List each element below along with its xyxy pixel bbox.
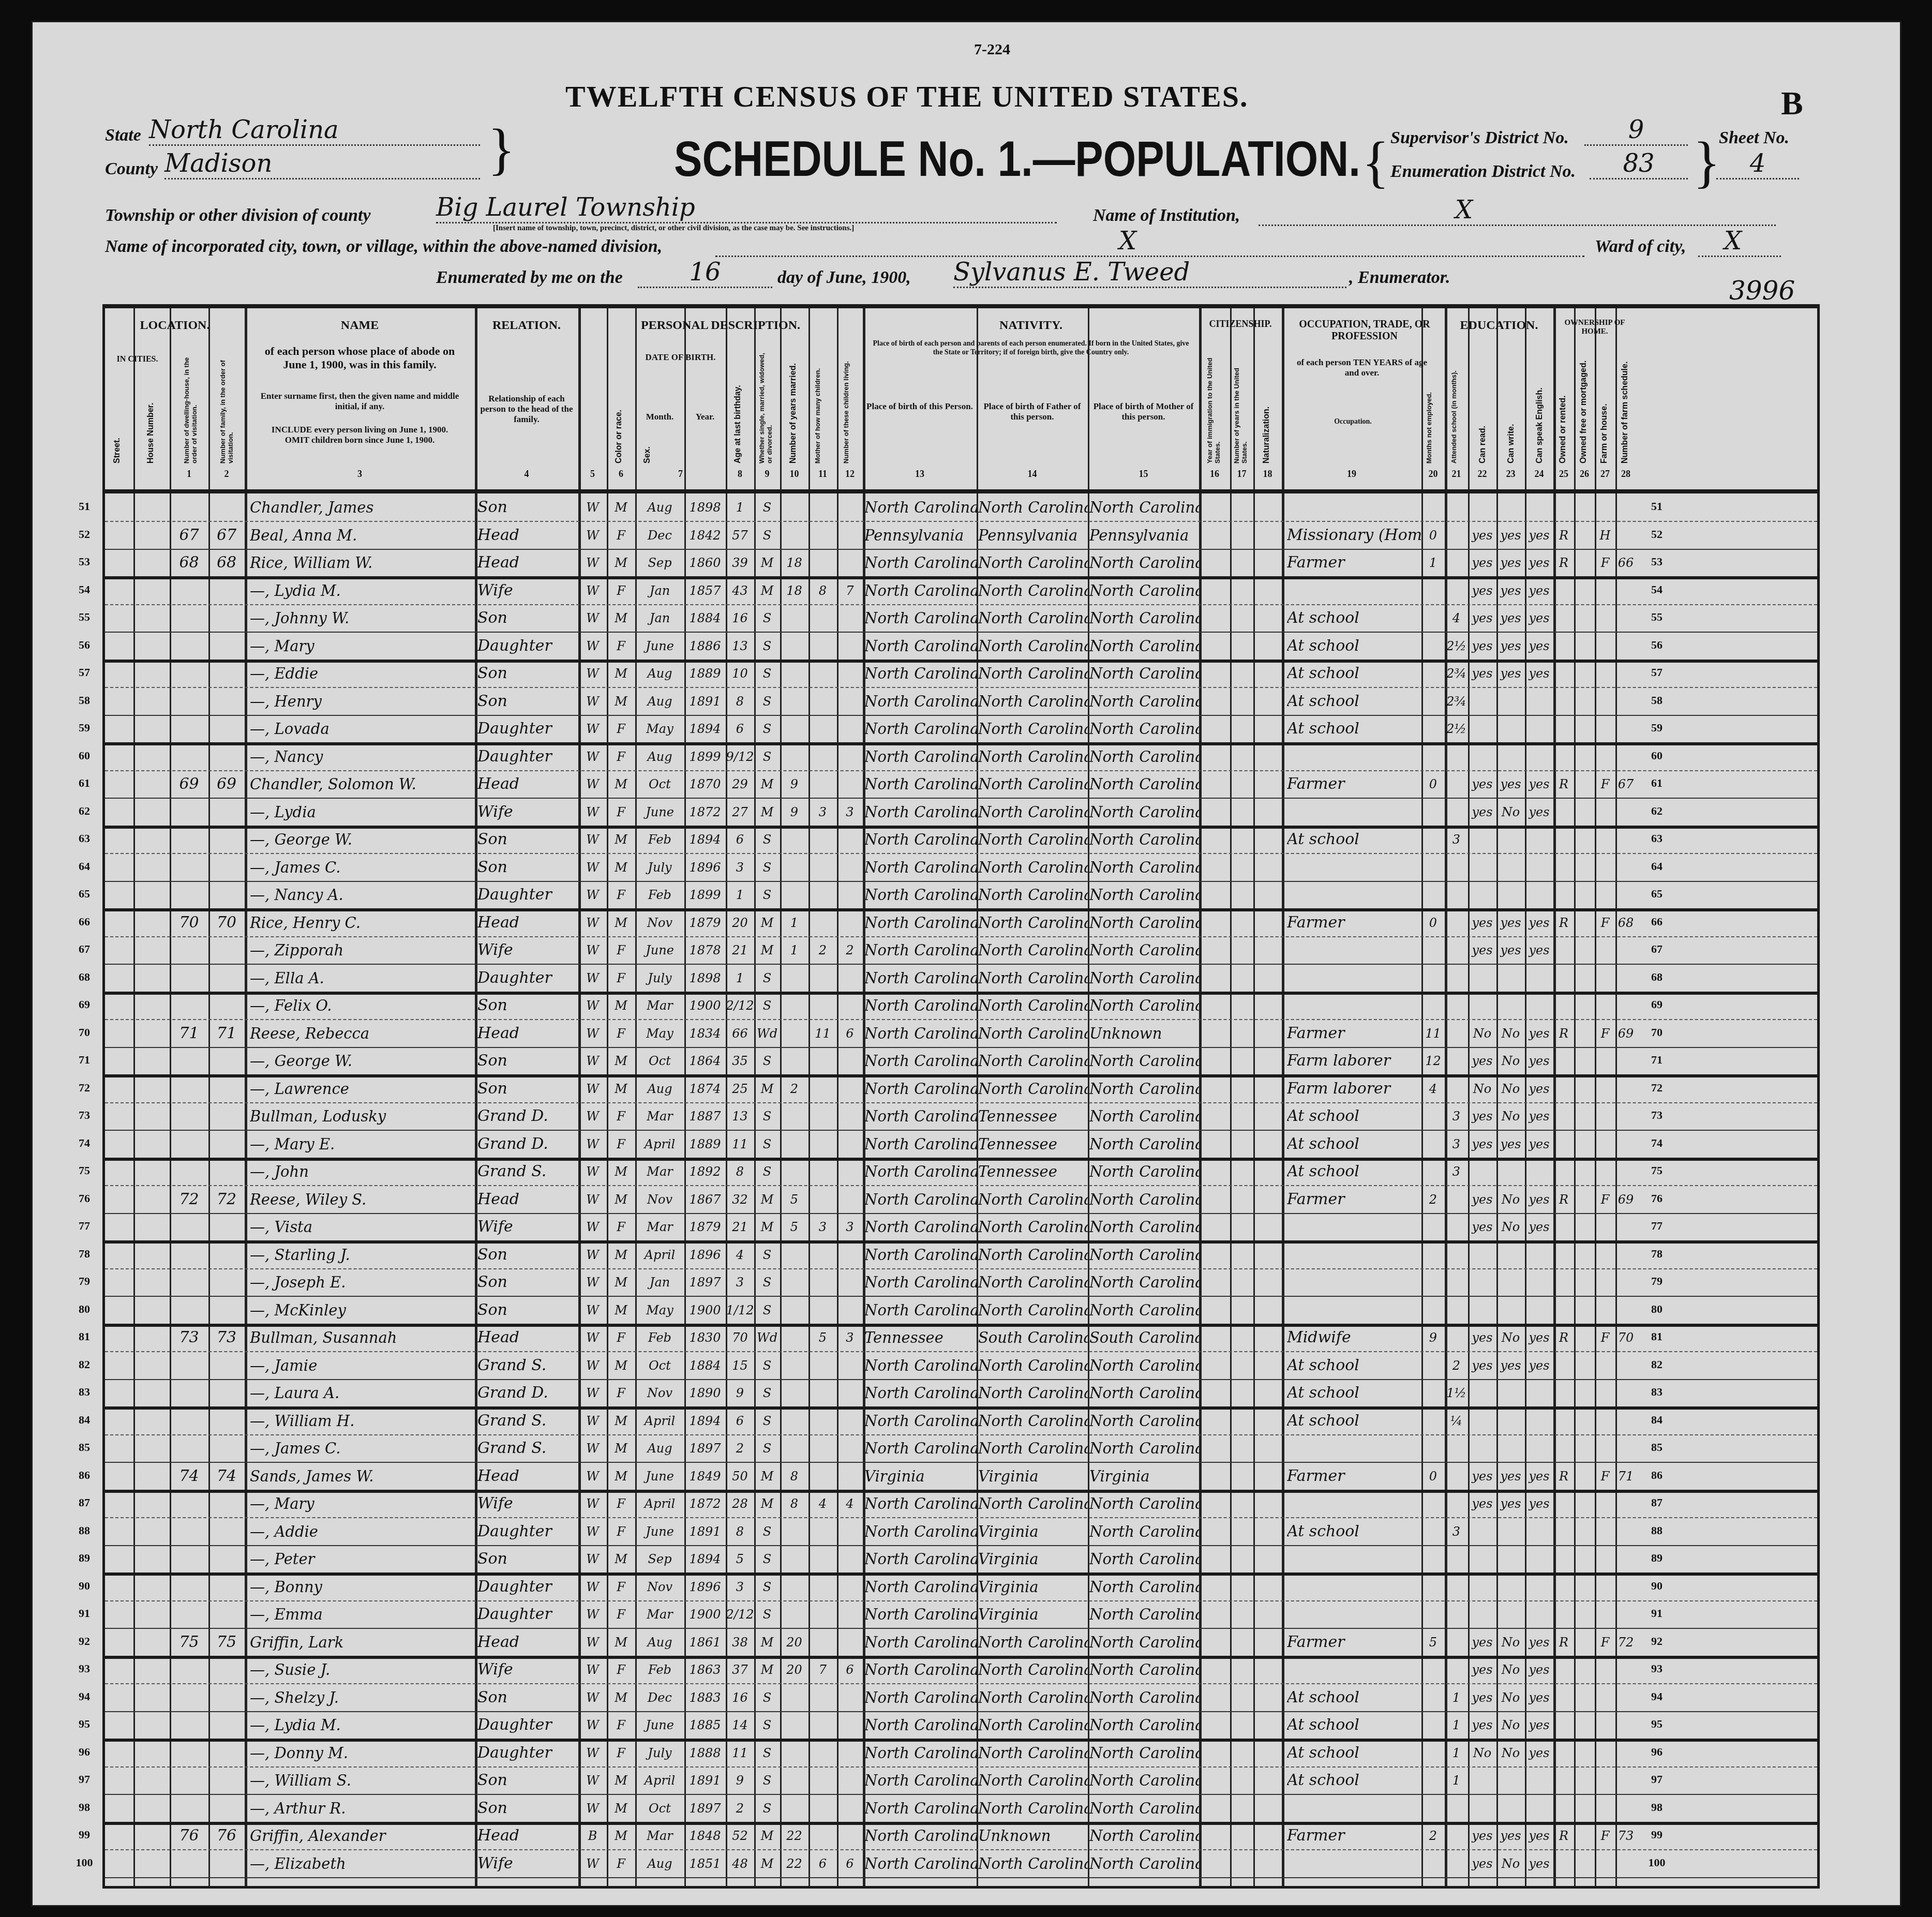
person-name-cell: Griffin, Lark — [250, 1630, 475, 1654]
birthplace-person-cell: North Carolina — [864, 1354, 977, 1377]
table-row: 8080—, McKinleySonWMMay19001/12SNorth Ca… — [105, 1296, 1817, 1327]
can-read-cell — [1468, 883, 1496, 907]
farm-or-house-cell: F — [1595, 1630, 1615, 1654]
birthplace-person-cell: North Carolina — [864, 690, 977, 713]
line-number-right: 95 — [1644, 1717, 1670, 1731]
age-cell: 14 — [726, 1713, 754, 1737]
mother-of-children-cell — [808, 883, 837, 907]
relation-cell: Head — [477, 1188, 578, 1211]
table-row: 8585—, James C.Grand S.WMAug18972SNorth … — [105, 1434, 1817, 1463]
birthplace-person-cell: North Carolina — [864, 496, 977, 519]
color-cell: W — [578, 1603, 607, 1626]
age-cell: 8 — [726, 1520, 754, 1544]
mother-of-children-cell — [808, 1270, 837, 1294]
children-living-cell: 4 — [837, 1492, 863, 1516]
can-speak-english-cell — [1525, 1796, 1553, 1820]
can-speak-english-cell: yes — [1525, 1686, 1553, 1710]
dwelling-number-cell — [170, 1132, 208, 1156]
table-row: 5959—, LovadaDaughterWFMay18946SNorth Ca… — [105, 715, 1817, 745]
months-not-employed-cell — [1421, 1409, 1445, 1433]
in-cities-heading: IN CITIES. — [105, 355, 170, 364]
can-read-cell: yes — [1468, 938, 1496, 962]
children-living-cell — [837, 745, 863, 769]
marital-status-cell: S — [754, 717, 780, 741]
owned-or-rented-cell — [1553, 606, 1574, 630]
can-read-cell — [1468, 1575, 1496, 1599]
table-row: 6060—, NancyDaughterWFAug18999/12SNorth … — [105, 743, 1817, 771]
children-living-cell — [837, 1547, 863, 1571]
dwelling-number-cell: 68 — [170, 551, 208, 575]
line-number-right: 67 — [1644, 942, 1670, 956]
can-read-cell — [1468, 1769, 1496, 1792]
free-or-mortgaged-cell — [1574, 606, 1595, 630]
line-number-right: 78 — [1644, 1247, 1670, 1261]
years-married-cell — [780, 634, 808, 658]
birthplace-father-cell: North Carolina — [978, 966, 1088, 990]
birthplace-father-cell: North Carolina — [978, 606, 1088, 630]
colnum-12: 12 — [837, 469, 863, 480]
township-field[interactable]: Big Laurel Township — [436, 193, 1057, 223]
birthplace-person-cell: North Carolina — [864, 911, 977, 935]
can-speak-english-heading: Can speak English. — [1535, 376, 1545, 463]
person-name-cell: —, Eddie — [250, 662, 475, 685]
person-name-cell: —, Emma — [250, 1603, 475, 1626]
birthplace-father-cell: Virginia — [978, 1547, 1088, 1571]
age-cell: 1 — [726, 966, 754, 990]
can-write-cell: yes — [1496, 1354, 1525, 1377]
can-speak-english-cell: yes — [1525, 911, 1553, 935]
birth-month-cell: Nov — [635, 1575, 684, 1599]
institution-field[interactable]: X — [1259, 196, 1776, 226]
months-not-employed-cell — [1421, 828, 1445, 851]
line-number-right: 59 — [1644, 721, 1670, 735]
relation-cell: Grand S. — [477, 1409, 578, 1433]
line-number-left: 73 — [71, 1109, 97, 1122]
mother-of-children-cell — [808, 1436, 837, 1460]
months-not-employed-cell — [1421, 1104, 1445, 1128]
line-number-right: 53 — [1644, 555, 1670, 568]
marital-status-cell: M — [754, 1630, 780, 1654]
birthplace-mother-cell: North Carolina — [1089, 966, 1199, 990]
sex-cell: M — [607, 1796, 635, 1820]
mother-of-children-cell — [808, 1741, 837, 1765]
sex-cell: M — [607, 911, 635, 935]
free-or-mortgaged-cell — [1574, 1658, 1595, 1682]
months-not-employed-cell — [1421, 1796, 1445, 1820]
attended-school-cell: 2½ — [1445, 634, 1468, 658]
person-name-cell: —, Bonny — [250, 1575, 475, 1599]
state-field[interactable]: North Carolina — [149, 115, 480, 146]
line-number-right: 96 — [1644, 1745, 1670, 1759]
marital-status-cell: M — [754, 1658, 780, 1682]
birthplace-mother-cell: North Carolina — [1089, 1824, 1199, 1848]
months-not-employed-cell: 4 — [1421, 1077, 1445, 1101]
line-number-left: 100 — [71, 1856, 97, 1869]
attended-school-cell — [1445, 551, 1468, 575]
owned-or-rented-cell — [1553, 800, 1574, 824]
age-cell: 15 — [726, 1354, 754, 1377]
relation-cell: Son — [477, 1769, 578, 1792]
person-name-cell: —, Starling J. — [250, 1243, 475, 1267]
birthplace-father-cell: North Carolina — [978, 1796, 1088, 1820]
marital-heading: Whether single, married, widowed, or div… — [758, 350, 778, 463]
relation-cell: Daughter — [477, 717, 578, 741]
marital-status-cell: S — [754, 1381, 780, 1405]
years-married-cell: 18 — [780, 579, 808, 603]
birthplace-father-cell: North Carolina — [978, 717, 1088, 741]
can-speak-english-cell — [1525, 1547, 1553, 1571]
dwelling-number-cell — [170, 662, 208, 685]
months-not-employed-cell — [1421, 1492, 1445, 1516]
birth-month-cell: Mar — [635, 994, 684, 1017]
occupation-description: of each person TEN YEARS of age and over… — [1290, 357, 1434, 378]
line-number-left: 89 — [71, 1551, 97, 1565]
sex-cell: M — [607, 1160, 635, 1184]
children-living-cell — [837, 856, 863, 879]
color-cell: W — [578, 1547, 607, 1571]
can-read-cell: No — [1468, 1077, 1496, 1101]
color-cell: W — [578, 856, 607, 879]
farm-or-house-cell — [1595, 1298, 1615, 1322]
children-living-cell — [837, 662, 863, 685]
farm-or-house-cell — [1595, 994, 1615, 1017]
birthplace-mother-cell: North Carolina — [1089, 772, 1199, 796]
mother-of-children-cell — [808, 1354, 837, 1377]
months-not-employed-cell: 0 — [1421, 772, 1445, 796]
color-cell: W — [578, 551, 607, 575]
population-table: LOCATION. IN CITIES. Street. House Numbe… — [102, 304, 1820, 1889]
birthplace-person-heading: Place of birth of this Person. — [865, 401, 974, 412]
attended-school-cell: 1 — [1445, 1741, 1468, 1765]
birth-month-cell: May — [635, 1022, 684, 1045]
marital-status-cell: M — [754, 1188, 780, 1211]
dwelling-number-cell — [170, 579, 208, 603]
family-number-cell — [208, 662, 245, 685]
farm-schedule-number-cell: 67 — [1615, 772, 1636, 796]
birthplace-father-cell: North Carolina — [978, 579, 1088, 603]
age-cell: 43 — [726, 579, 754, 603]
children-living-cell — [837, 772, 863, 796]
marital-status-cell: S — [754, 690, 780, 713]
dwelling-number-cell: 71 — [170, 1022, 208, 1045]
colnum-24: 24 — [1525, 469, 1553, 480]
can-read-cell: yes — [1468, 911, 1496, 935]
age-cell: 16 — [726, 1686, 754, 1710]
farm-or-house-cell: F — [1595, 911, 1615, 935]
line-number-right: 69 — [1644, 998, 1670, 1011]
months-not-employed-cell — [1421, 1520, 1445, 1544]
line-number-right: 56 — [1644, 638, 1670, 652]
can-read-cell: yes — [1468, 579, 1496, 603]
owned-or-rented-cell — [1553, 1769, 1574, 1792]
years-married-cell: 18 — [780, 551, 808, 575]
line-number-left: 81 — [71, 1330, 97, 1343]
person-name-cell: —, Jamie — [250, 1354, 475, 1377]
family-number-cell — [208, 717, 245, 741]
mother-of-children-cell — [808, 496, 837, 519]
person-name-cell: —, Mary E. — [250, 1132, 475, 1156]
farm-schedule-number-cell — [1615, 1547, 1636, 1571]
line-number-left: 76 — [71, 1192, 97, 1205]
owned-or-rented-cell — [1553, 1852, 1574, 1876]
relation-cell: Wife — [477, 938, 578, 962]
farm-schedule-number-cell — [1615, 1215, 1636, 1239]
can-speak-english-cell — [1525, 883, 1553, 907]
age-cell: 11 — [726, 1741, 754, 1765]
enumerated-day-field[interactable]: 16 — [638, 258, 772, 288]
children-living-cell — [837, 1603, 863, 1626]
birth-year-cell: 1830 — [684, 1326, 726, 1350]
birthplace-person-cell: North Carolina — [864, 662, 977, 685]
table-row: 9595—, Lydia M.DaughterWFJune188514SNort… — [105, 1711, 1817, 1742]
birthplace-mother-cell: North Carolina — [1089, 1132, 1199, 1156]
can-speak-english-cell — [1525, 1769, 1553, 1792]
can-write-cell — [1496, 828, 1525, 851]
line-number-left: 60 — [71, 749, 97, 762]
birthplace-mother-cell: North Carolina — [1089, 1492, 1199, 1516]
line-number-left: 91 — [71, 1607, 97, 1620]
mother-of-children-cell: 7 — [808, 1658, 837, 1682]
months-not-employed-cell — [1421, 634, 1445, 658]
relation-cell: Grand S. — [477, 1354, 578, 1377]
line-number-left: 86 — [71, 1469, 97, 1482]
birth-year-cell: 1874 — [684, 1077, 726, 1101]
farm-or-house-cell: F — [1595, 1188, 1615, 1211]
birthplace-mother-cell: North Carolina — [1089, 717, 1199, 741]
line-number-left: 59 — [71, 721, 97, 735]
dwelling-number-cell — [170, 717, 208, 741]
farm-schedule-number-cell — [1615, 994, 1636, 1017]
person-name-cell: —, Felix O. — [250, 994, 475, 1017]
family-number-cell — [208, 994, 245, 1017]
colnum-6: 6 — [607, 469, 635, 480]
owned-or-rented-cell — [1553, 1077, 1574, 1101]
sheet-number-field[interactable]: 4 — [1716, 149, 1799, 179]
birthplace-person-cell: North Carolina — [864, 1160, 977, 1184]
years-married-cell — [780, 1160, 808, 1184]
free-or-mortgaged-cell — [1574, 745, 1595, 769]
family-number-cell — [208, 606, 245, 630]
line-number-right: 76 — [1644, 1192, 1670, 1205]
free-or-mortgaged-cell — [1574, 1436, 1595, 1460]
attended-school-cell: 1½ — [1445, 1381, 1468, 1405]
months-not-employed-cell: 5 — [1421, 1630, 1445, 1654]
can-write-cell — [1496, 496, 1525, 519]
owned-or-rented-cell: R — [1553, 1630, 1574, 1654]
color-cell: W — [578, 938, 607, 962]
age-cell: 3 — [726, 856, 754, 879]
sex-cell: F — [607, 634, 635, 658]
colnum-18: 18 — [1253, 469, 1282, 480]
sex-cell: F — [607, 800, 635, 824]
city-field[interactable]: X — [715, 227, 1584, 257]
years-married-cell — [780, 1686, 808, 1710]
sex-cell: M — [607, 1243, 635, 1267]
sex-cell: M — [607, 1436, 635, 1460]
line-number-left: 66 — [71, 915, 97, 928]
line-number-right: 88 — [1644, 1524, 1670, 1537]
birth-year-cell: 1879 — [684, 1215, 726, 1239]
dwelling-number-cell — [170, 1769, 208, 1792]
line-number-left: 94 — [71, 1690, 97, 1703]
birthplace-mother-cell: Unknown — [1089, 1022, 1199, 1045]
mother-of-children-cell — [808, 772, 837, 796]
birthplace-mother-cell: Virginia — [1089, 1464, 1199, 1488]
relation-cell: Grand S. — [477, 1160, 578, 1184]
personal-description-heading: PERSONAL DESCRIPTION. — [578, 319, 863, 333]
free-or-mortgaged-cell — [1574, 1630, 1595, 1654]
free-or-mortgaged-cell — [1574, 1464, 1595, 1488]
years-married-cell — [780, 1436, 808, 1460]
marital-status-cell: S — [754, 745, 780, 769]
dwelling-number-cell — [170, 828, 208, 851]
can-read-cell — [1468, 1547, 1496, 1571]
can-write-cell: No — [1496, 1022, 1525, 1045]
color-cell: W — [578, 662, 607, 685]
dwelling-number-cell — [170, 1686, 208, 1710]
can-write-cell: No — [1496, 1713, 1525, 1737]
birth-year-cell: 1896 — [684, 1575, 726, 1599]
form-number: 7-224 — [974, 41, 1010, 58]
can-write-cell — [1496, 1160, 1525, 1184]
birthplace-mother-cell: North Carolina — [1089, 1520, 1199, 1544]
dwelling-number-cell — [170, 1160, 208, 1184]
birth-year-cell: 1891 — [684, 690, 726, 713]
free-or-mortgaged-cell — [1574, 1741, 1595, 1765]
dwelling-number-cell — [170, 1796, 208, 1820]
birthplace-father-cell: North Carolina — [978, 1049, 1088, 1073]
education-heading: EDUCATION. — [1445, 319, 1553, 333]
months-not-employed-cell: 0 — [1421, 1464, 1445, 1488]
can-read-cell: yes — [1468, 1188, 1496, 1211]
can-write-cell: No — [1496, 1658, 1525, 1682]
mother-of-children-cell — [808, 606, 837, 630]
attended-school-cell: 2½ — [1445, 717, 1468, 741]
children-living-cell: 6 — [837, 1022, 863, 1045]
farm-schedule-number-cell — [1615, 1354, 1636, 1377]
free-or-mortgaged-cell — [1574, 662, 1595, 685]
dwelling-number-cell — [170, 690, 208, 713]
birth-year-cell: 1884 — [684, 1354, 726, 1377]
dwelling-number-cell: 73 — [170, 1326, 208, 1350]
supervisor-district-field[interactable]: 9 — [1584, 115, 1688, 146]
occupation-cell: At school — [1287, 828, 1421, 851]
name-include-note: INCLUDE every person living on June 1, 1… — [260, 425, 459, 445]
relation-cell: Son — [477, 1298, 578, 1322]
mother-of-children-cell — [808, 523, 837, 547]
age-cell: 70 — [726, 1326, 754, 1350]
birth-year-cell: 1898 — [684, 496, 726, 519]
farm-schedule-number-cell — [1615, 856, 1636, 879]
sex-cell: M — [607, 1409, 635, 1433]
months-not-employed-cell — [1421, 1354, 1445, 1377]
farm-schedule-number-cell — [1615, 1686, 1636, 1710]
enumeration-district-field[interactable]: 83 — [1590, 149, 1688, 179]
person-name-cell: Bullman, Lodusky — [250, 1104, 475, 1128]
months-not-employed-cell — [1421, 800, 1445, 824]
attended-school-cell — [1445, 1547, 1468, 1571]
birth-month-cell: Oct — [635, 772, 684, 796]
farm-schedule-number-cell — [1615, 966, 1636, 990]
farm-or-house-cell — [1595, 828, 1615, 851]
farm-or-house-cell — [1595, 1381, 1615, 1405]
relation-cell: Son — [477, 1270, 578, 1294]
free-or-mortgaged-cell — [1574, 1160, 1595, 1184]
table-row: 76767272Reese, Wiley S.HeadWMNov186732M5… — [105, 1186, 1817, 1214]
occupation-cell: At school — [1287, 1409, 1421, 1433]
years-married-cell — [780, 1741, 808, 1765]
line-number-left: 68 — [71, 970, 97, 984]
children-living-cell — [837, 1243, 863, 1267]
line-number-right: 70 — [1644, 1026, 1670, 1039]
line-number-left: 52 — [71, 528, 97, 541]
birth-year-cell: 1891 — [684, 1769, 726, 1792]
can-speak-english-cell: yes — [1525, 772, 1553, 796]
family-number-cell: 74 — [208, 1464, 245, 1488]
birthplace-father-cell: North Carolina — [978, 745, 1088, 769]
line-number-left: 74 — [71, 1136, 97, 1150]
family-number-cell — [208, 1769, 245, 1792]
farm-schedule-number-cell — [1615, 1575, 1636, 1599]
ward-field[interactable]: X — [1698, 227, 1781, 257]
attended-school-cell — [1445, 1022, 1468, 1045]
free-or-mortgaged-cell — [1574, 1547, 1595, 1571]
birthplace-person-cell: North Carolina — [864, 966, 977, 990]
can-read-cell — [1468, 717, 1496, 741]
birthplace-person-cell: North Carolina — [864, 856, 977, 879]
owned-or-rented-cell — [1553, 1270, 1574, 1294]
birthplace-person-cell: North Carolina — [864, 1824, 977, 1848]
can-write-cell — [1496, 1270, 1525, 1294]
line-number-left: 77 — [71, 1219, 97, 1233]
birthplace-father-cell: North Carolina — [978, 772, 1088, 796]
birth-month-cell: June — [635, 1520, 684, 1544]
birth-month-cell: June — [635, 1713, 684, 1737]
farm-schedule-number-cell — [1615, 1520, 1636, 1544]
attended-school-cell: 3 — [1445, 1520, 1468, 1544]
birth-year-cell: 1889 — [684, 662, 726, 685]
county-field[interactable]: Madison — [164, 149, 480, 179]
enumerator-name-field[interactable]: Sylvanus E. Tweed — [953, 258, 1346, 288]
line-number-right: 65 — [1644, 887, 1670, 901]
can-write-cell — [1496, 1769, 1525, 1792]
mother-of-children-cell — [808, 1104, 837, 1128]
months-not-employed-cell: 2 — [1421, 1188, 1445, 1211]
free-or-mortgaged-cell — [1574, 1326, 1595, 1350]
marital-status-cell: S — [754, 606, 780, 630]
marital-status-cell: S — [754, 1409, 780, 1433]
can-speak-english-cell — [1525, 1436, 1553, 1460]
birthplace-person-cell: North Carolina — [864, 1188, 977, 1211]
can-read-cell: yes — [1468, 1104, 1496, 1128]
age-cell: 9/12 — [726, 745, 754, 769]
family-number-cell: 71 — [208, 1022, 245, 1045]
line-number-right: 86 — [1644, 1469, 1670, 1482]
children-living-cell — [837, 717, 863, 741]
can-read-cell: yes — [1468, 1658, 1496, 1682]
can-write-cell — [1496, 1409, 1525, 1433]
sex-cell: M — [607, 1630, 635, 1654]
birth-month-cell: Mar — [635, 1215, 684, 1239]
years-married-cell: 1 — [780, 938, 808, 962]
can-read-cell: No — [1468, 1022, 1496, 1045]
can-read-cell: yes — [1468, 1326, 1496, 1350]
birthplace-person-cell: North Carolina — [864, 1077, 977, 1101]
dwelling-number-cell — [170, 1409, 208, 1433]
children-living-cell — [837, 1796, 863, 1820]
farm-schedule-number-cell — [1615, 634, 1636, 658]
can-write-cell — [1496, 745, 1525, 769]
